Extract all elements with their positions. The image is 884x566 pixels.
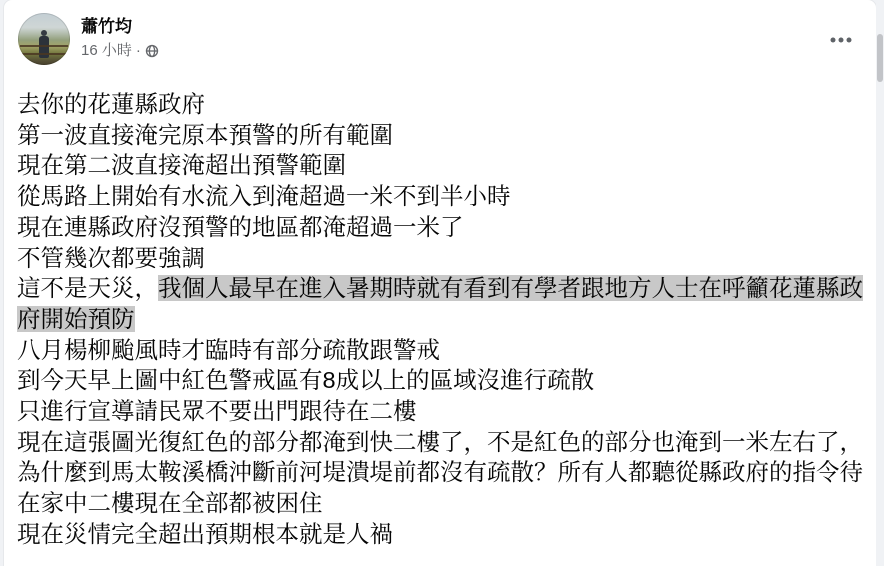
post-header: 蕭竹均 16 小時 · [4, 0, 876, 65]
ellipsis-icon [830, 37, 852, 43]
post-meta-row: 16 小時 · [81, 41, 159, 60]
post-content: 去你的花蓮縣政府 第一波直接淹完原本預警的所有範圍 現在第二波直接淹超出預警範圍… [4, 89, 876, 550]
scrollbar[interactable] [876, 0, 884, 566]
scrollbar-thumb[interactable] [877, 34, 883, 82]
post-line: 現在連縣政府沒預警的地區都淹超過一米了 [17, 212, 864, 243]
post-line: 為什麼到馬太鞍溪橋沖斷前河堤潰堤前都沒有疏散？所有人都聽從縣政府的指令待 [17, 457, 864, 488]
post-line: 只進行宣導請民眾不要出門跟待在二樓 [17, 396, 864, 427]
post-line: 八月楊柳颱風時才臨時有部分疏散跟警戒 [17, 335, 864, 366]
post-card: 蕭竹均 16 小時 · 去你的花蓮縣政府 [4, 0, 876, 566]
post-line: 這不是天災，我個人最早在進入暑期時就有看到有學者跟地方人士在呼籲花蓮縣政 [17, 273, 864, 304]
timestamp[interactable]: 16 小時 [81, 41, 132, 60]
post-line: 從馬路上開始有水流入到淹超過一米不到半小時 [17, 181, 864, 212]
avatar-person-head [41, 30, 47, 36]
avatar-railing [20, 53, 68, 55]
meta-separator: · [136, 41, 141, 60]
post-line: 現在災情完全超出預期根本就是人禍 [17, 519, 864, 550]
post-line: 去你的花蓮縣政府 [17, 89, 864, 120]
post-line: 在家中二樓現在全部都被困住 [17, 488, 864, 519]
post-line: 不管幾次都要強調 [17, 243, 864, 274]
post-line: 府開始預防 [17, 304, 864, 335]
selected-text: 府開始預防 [17, 306, 135, 332]
avatar-railing [20, 45, 68, 47]
post-menu-button[interactable] [824, 26, 858, 54]
post-line: 到今天早上圖中紅色警戒區有8成以上的區域沒進行疏散 [17, 365, 864, 396]
globe-icon [145, 44, 159, 58]
selected-text: 我個人最早在進入暑期時就有看到有學者跟地方人士在呼籲花蓮縣政 [158, 275, 863, 301]
post-line: 第一波直接淹完原本預警的所有範圍 [17, 120, 864, 151]
header-meta: 蕭竹均 16 小時 · [81, 13, 159, 60]
author-name[interactable]: 蕭竹均 [81, 16, 159, 38]
post-text-segment: 這不是天災， [17, 275, 158, 301]
avatar[interactable] [18, 13, 70, 65]
post-line: 現在這張圖光復紅色的部分都淹到快二樓了，不是紅色的部分也淹到一米左右了， [17, 427, 864, 458]
post-line: 現在第二波直接淹超出預警範圍 [17, 150, 864, 181]
